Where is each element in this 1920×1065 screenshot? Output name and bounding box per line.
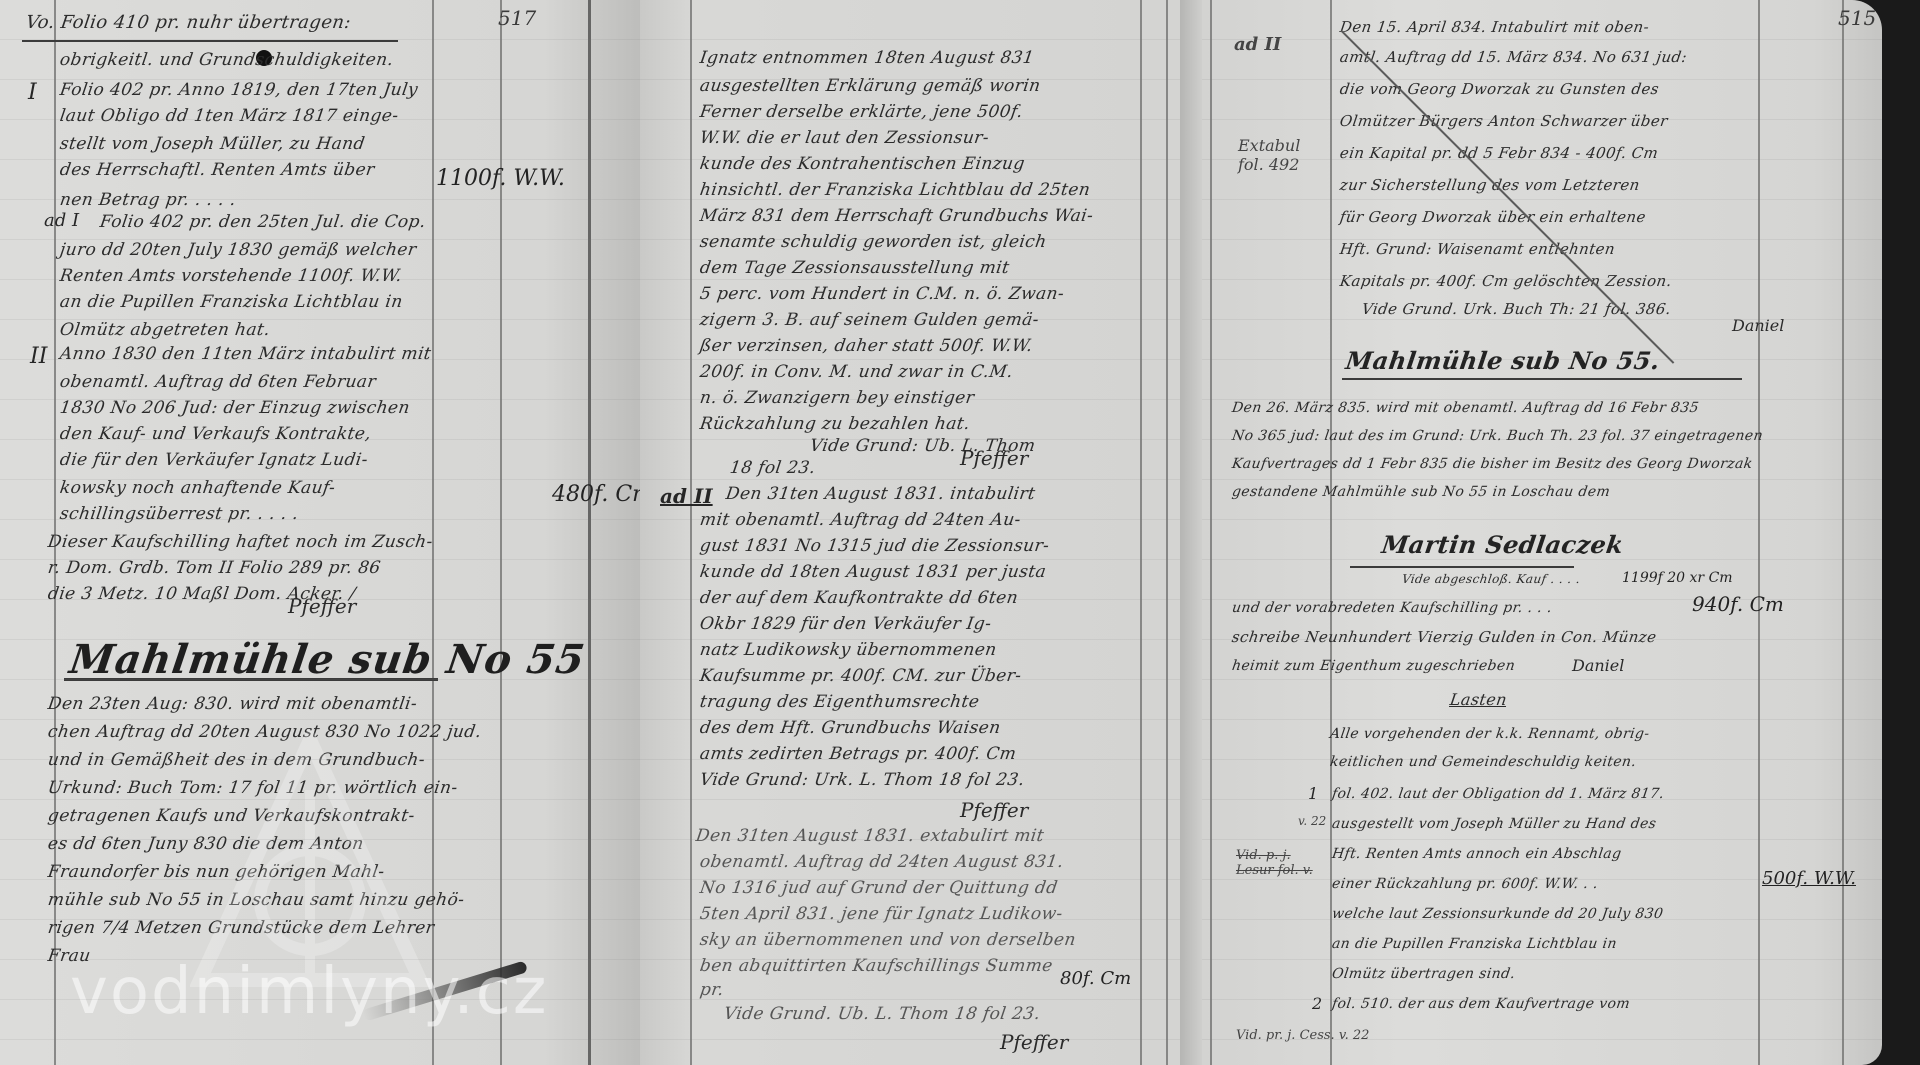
text-line: Folio 402 pr. den 25ten Jul. die Cop. (99, 212, 428, 232)
text-line: Kaufsumme pr. 400f. CM. zur Über- (699, 666, 1023, 686)
text-line: Hft. Renten Amts annoch ein Abschlag (1331, 846, 1623, 862)
text-line: 18 fol 23. (729, 458, 817, 478)
text-line: Renten Amts vorstehende 1100f. W.W. (59, 266, 404, 286)
text-line: des Herrschaftl. Renten Amts über (59, 160, 376, 180)
text-line: Vide abgeschloß. Kauf . . . . (1401, 572, 1581, 586)
amount: 1100f. W.W. (436, 166, 565, 191)
margin-note: v. 22 (1298, 814, 1326, 828)
text-line: Olmützer Bürgers Anton Schwarzer über (1339, 112, 1669, 130)
text-line: kowsky noch anhaftende Kauf- (59, 478, 337, 498)
text-line: No 365 jud: laut des im Grund: Urk. Buch… (1231, 428, 1764, 444)
owner-name: Martin Sedlaczek (1380, 530, 1625, 559)
text-line: Den 26. März 835. wird mit obenamtl. Auf… (1231, 400, 1700, 416)
text-line: kunde dd 18ten August 1831 per justa (699, 562, 1048, 582)
entry-marker: ad I (44, 210, 79, 231)
signature: Pfeffer (1000, 1030, 1068, 1054)
margin-note: Extabul fol. 492 (1238, 136, 1308, 174)
text-line: Ferner derselbe erklärte, jene 500f. (699, 102, 1025, 122)
text-line: schreibe Neunhundert Vierzig Gulden in C… (1231, 628, 1658, 646)
text-line: obenamtl. Auftrag dd 6ten Februar (59, 372, 378, 392)
text-line: W.W. die er laut den Zessionsur- (699, 128, 991, 148)
text-line: Olmütz übertragen sind. (1331, 966, 1517, 982)
signature: Pfeffer (960, 446, 1028, 470)
margin-note: Vid. p. j. Lesur fol. v. (1236, 848, 1326, 878)
page-header: Vo. Folio 410 pr. nuhr übertragen: (25, 12, 353, 33)
text-line: die vom Georg Dworzak zu Gunsten des (1339, 80, 1661, 98)
text-line: Den 15. April 834. Intabulirt mit oben- (1339, 18, 1651, 36)
text-line: schillingsüberrest pr. . . . . (59, 504, 300, 524)
text-line: dem Tage Zessionsausstellung mit (699, 258, 1011, 278)
signature: Pfeffer (960, 798, 1028, 822)
section-title: Mahlmühle sub No 55 (67, 636, 588, 683)
text-line: amtl. Auftrag dd 15. März 834. No 631 ju… (1339, 48, 1689, 66)
text-line: Ignatz entnommen 18ten August 831 (699, 48, 1036, 68)
page-right: 515 ad II Extabul fol. 492 Den 15. April… (1202, 0, 1882, 1065)
text-line: pr. (699, 980, 726, 1000)
text-line: welche laut Zessionsurkunde dd 20 July 8… (1331, 906, 1665, 922)
text-line: des dem Hft. Grundbuchs Waisen (699, 718, 1002, 738)
entry-marker: II (30, 344, 47, 369)
text-line: einer Rückzahlung pr. 600f. W.W. . . (1331, 876, 1599, 892)
text-line: zigern 3. B. auf seinem Gulden gemä- (699, 310, 1041, 330)
text-line: die für den Verkäufer Ignatz Ludi- (59, 450, 370, 470)
text-line: und der vorabredeten Kaufschilling pr. .… (1231, 600, 1553, 616)
text-line: Rückzahlung zu bezahlen hat. (699, 414, 972, 434)
text-line: Vide Grund: Urk. L. Thom 18 fol 23. (699, 770, 1026, 790)
book-gutter (1180, 0, 1202, 1065)
text-line: tragung des Eigenthumsrechte (699, 692, 981, 712)
text-line: juro dd 20ten July 1830 gemäß welcher (59, 240, 418, 260)
amount: 1199f 20 xr Cm (1622, 570, 1733, 586)
entry-marker: I (28, 80, 37, 105)
text-line: n. ö. Zwanzigern bey einstiger (699, 388, 976, 408)
text-line: r. Dom. Grdb. Tom II Folio 289 pr. 86 (47, 558, 382, 578)
subsection-title: Lasten (1449, 690, 1509, 709)
text-line: ausgestellten Erklärung gemäß worin (699, 76, 1042, 96)
signature: Pfeffer (288, 594, 356, 618)
text-line: No 1316 jud auf Grund der Quittung dd (699, 878, 1059, 898)
text-line: ein Kapital pr. dd 5 Febr 834 - 400f. Cm (1339, 144, 1660, 162)
text-line: fol. 510. der aus dem Kaufvertrage vom (1331, 996, 1631, 1012)
text-line: 1830 No 206 Jud: der Einzug zwischen (59, 398, 412, 418)
text-line: ßer verzinsen, daher statt 500f. W.W. (699, 336, 1034, 356)
text-line: nen Betrag pr. . . . . (59, 190, 238, 210)
amount: 80f. Cm (1060, 968, 1131, 989)
text-line: laut Obligo dd 1ten März 1817 einge- (59, 106, 400, 126)
text-line: Vide Grund. Ub. L. Thom 18 fol 23. (723, 1004, 1042, 1024)
section-title: Mahlmühle sub No 55. (1344, 346, 1662, 375)
text-line: fol. 402. laut der Obligation dd 1. März… (1331, 786, 1665, 802)
amount: 480f. Cm. (552, 482, 640, 507)
text-line: Den 31ten August 1831. intabulirt (725, 484, 1037, 504)
text-line: sky an übernommenen und von derselben (699, 930, 1078, 950)
text-line: hinsichtl. der Franziska Lichtblau dd 25… (699, 180, 1092, 200)
text-line: den Kauf- und Verkaufs Kontrakte, (59, 424, 373, 444)
signature: Daniel (1572, 656, 1624, 675)
text-line: Olmütz abgetreten hat. (59, 320, 272, 340)
text-line: keitlichen und Gemeindeschuldig keiten. (1329, 754, 1638, 770)
text-line: Alle vorgehenden der k.k. Rennamt, obrig… (1329, 726, 1651, 742)
text-line: an die Pupillen Franziska Lichtblau in (59, 292, 404, 312)
text-line: Den 31ten August 1831. extabulirt mit (695, 826, 1046, 846)
text-line: für Georg Dworzak über ein erhaltene (1339, 208, 1647, 226)
amount: 500f. W.W. (1762, 868, 1856, 889)
signature: Daniel (1732, 316, 1784, 335)
text-line: heimit zum Eigenthum zugeschrieben (1231, 658, 1516, 674)
margin-note: Vid. pr. j. Cess. v. 22 (1236, 1028, 1369, 1043)
text-line: Anno 1830 den 11ten März intabulirt mit (59, 344, 433, 364)
text-line: Hft. Grund: Waisenamt entlehnten (1339, 240, 1617, 258)
charge-marker: 1 (1308, 784, 1318, 803)
text-line: ben abquittirten Kaufschillings Summe (699, 956, 1055, 976)
text-line: senamte schuldig geworden ist, gleich (699, 232, 1048, 252)
text-line: Kaufvertrages dd 1 Febr 835 die bisher i… (1231, 456, 1754, 472)
page-middle: Ignatz entnommen 18ten August 831 ausges… (640, 0, 1180, 1065)
text-line: ausgestellt vom Joseph Müller zu Hand de… (1331, 816, 1658, 832)
text-line: gestandene Mahlmühle sub No 55 in Loscha… (1231, 484, 1611, 500)
text-line: Kapitals pr. 400f. Cm gelöschten Zession… (1339, 272, 1673, 290)
page-number: 515 (1838, 6, 1876, 30)
text-line: 5 perc. vom Hundert in C.M. n. ö. Zwan- (699, 284, 1066, 304)
text-line: Dieser Kaufschilling haftet noch im Zusc… (47, 532, 435, 552)
margin-note: ad II (1234, 34, 1281, 55)
text-line: 200f. in Conv. M. und zwar in C.M. (699, 362, 1015, 382)
document-scan: Vo. Folio 410 pr. nuhr übertragen: 517 I… (0, 0, 1920, 1065)
text-line: natz Ludikowsky übernommenen (699, 640, 998, 660)
text-line: der auf dem Kaufkontrakte dd 6ten (699, 588, 1020, 608)
text-line: März 831 dem Herrschaft Grundbuchs Wai- (699, 206, 1095, 226)
text-line: Okbr 1829 für den Verkäufer Ig- (699, 614, 993, 634)
watermark-mill-icon (190, 730, 430, 990)
text-line: 5ten April 831. jene für Ignatz Ludikow- (699, 904, 1064, 924)
text-line: stellt vom Joseph Müller, zu Hand (59, 134, 367, 154)
text-line: amts zedirten Betrags pr. 400f. Cm (699, 744, 1018, 764)
page-left: Vo. Folio 410 pr. nuhr übertragen: 517 I… (0, 0, 640, 1065)
watermark: vodnimlyny.cz (70, 955, 548, 1029)
text-line: Folio 402 pr. Anno 1819, den 17ten July (59, 80, 420, 100)
text-line: obrigkeitl. und Grundschuldigkeiten. (59, 50, 395, 70)
charge-marker: 2 (1312, 994, 1322, 1013)
text-line: an die Pupillen Franziska Lichtblau in (1331, 936, 1618, 952)
entry-marker: ad II (660, 484, 713, 508)
text-line: obenamtl. Auftrag dd 24ten August 831. (699, 852, 1065, 872)
amount: 940f. Cm (1692, 592, 1784, 616)
page-number: 517 (498, 6, 536, 30)
text-line: gust 1831 No 1315 jud die Zessionsur- (699, 536, 1051, 556)
text-line: Den 23ten Aug: 830. wird mit obenamtli- (47, 694, 419, 714)
text-line: kunde des Kontrahentischen Einzug (699, 154, 1027, 174)
text-line: mit obenamtl. Auftrag dd 24ten Au- (699, 510, 1023, 530)
